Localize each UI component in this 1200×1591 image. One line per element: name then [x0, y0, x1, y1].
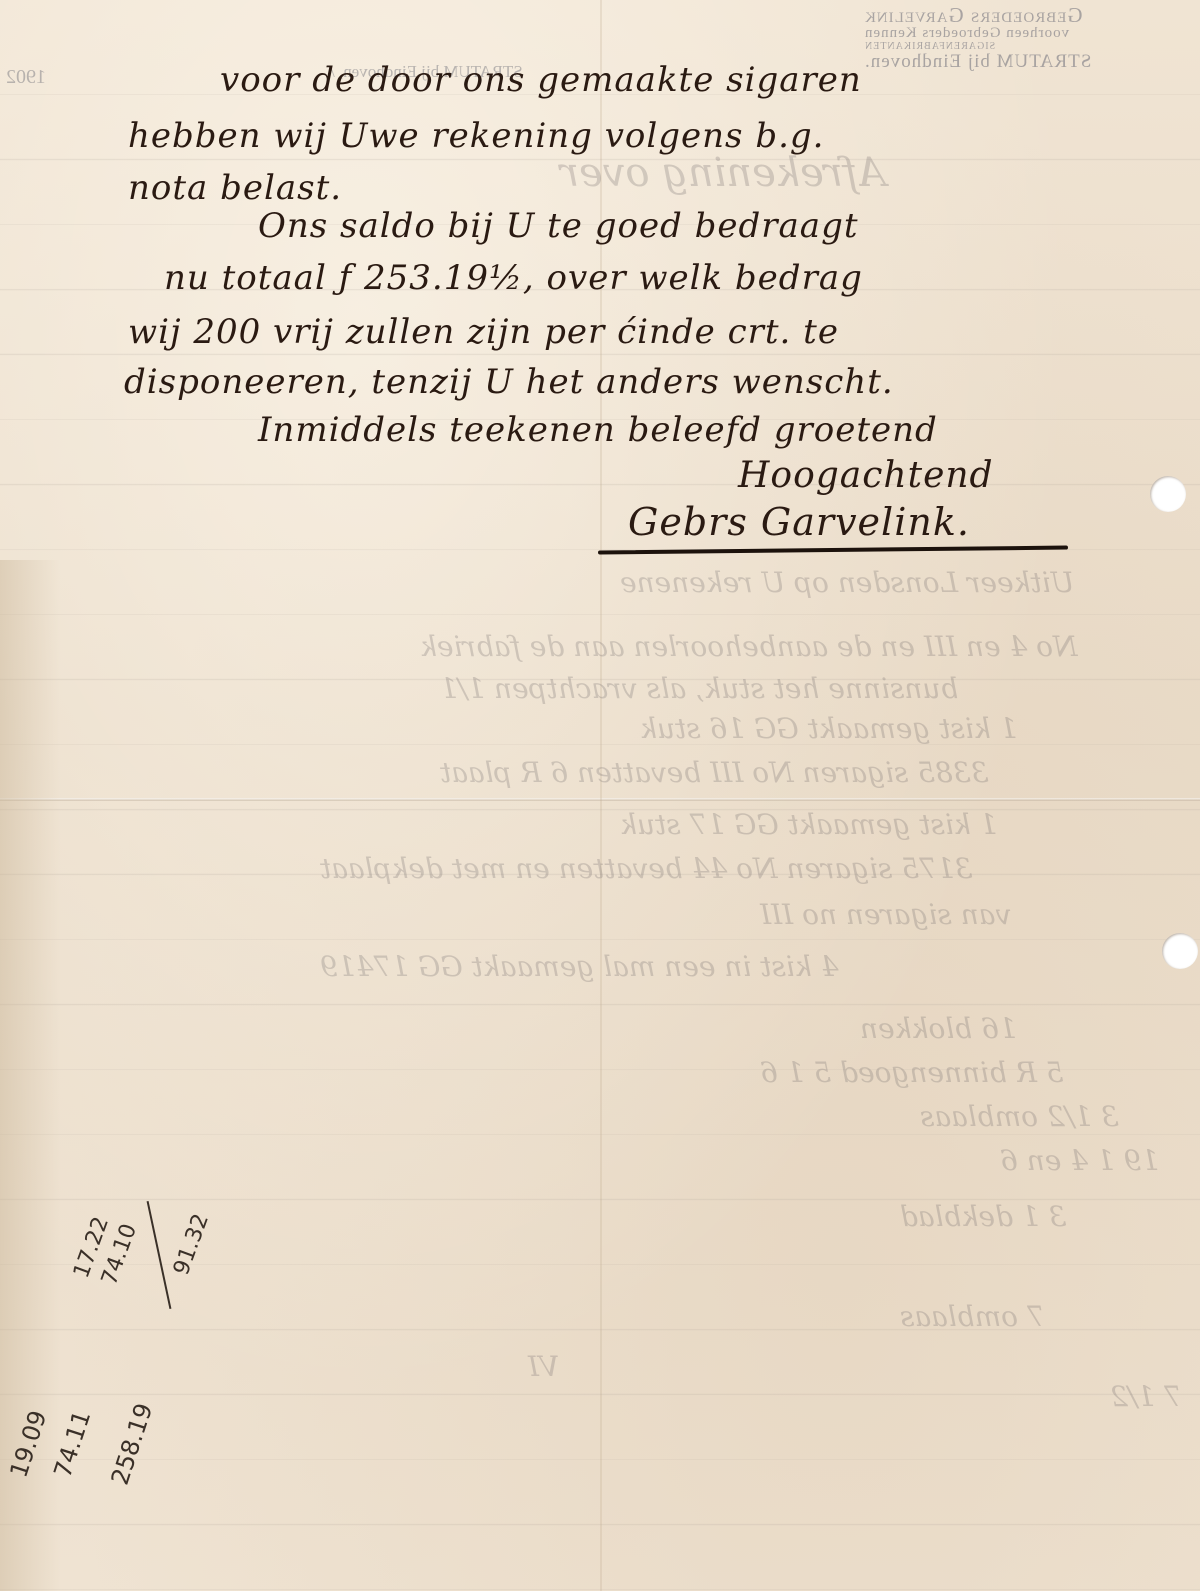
- letter-sheet: Gebroeders Garvelink voorheen Gebroeders…: [0, 0, 1200, 1591]
- letterhead-city: STRATUM bij Eindhoven.: [864, 52, 1194, 72]
- ghost-line: 3 1/2 omblaas: [920, 1100, 1119, 1133]
- ghost-line: 1 kist gemaakt GG 16 stuk: [640, 712, 1018, 745]
- closing: Hoogachtend: [738, 455, 994, 496]
- letter-line-1: voor de door ons gemaakte sigaren: [220, 60, 862, 100]
- ghost-line: No 4 en III en de aanbehoorlen aan de fa…: [420, 630, 1078, 663]
- letter-line-5: nu totaal ƒ 253.19½, over welk bedrag: [164, 258, 863, 298]
- punch-hole-bottom: [1162, 933, 1198, 969]
- ghost-line: 4 kist in een mal gemaakt GG 17419: [320, 950, 838, 983]
- ghost-line: VI: [528, 1350, 559, 1383]
- letter-line-3: nota belast.: [128, 168, 342, 208]
- ghost-line: van sigaren no III: [760, 898, 1011, 931]
- ghost-line: 3385 sigaren No III bevatten 6 R plaat: [440, 756, 989, 789]
- ghost-line: 3175 sigaren No 44 bevatten en met dekpl…: [320, 852, 973, 885]
- ghost-line: bunsinne het stuk, als vrachtpen 1/1: [440, 672, 958, 705]
- ghost-line: 3 1 dekblad: [900, 1200, 1066, 1233]
- letterhead-company: Gebroeders Garvelink: [864, 4, 1194, 26]
- ghost-line: 5 R binnengoed 5 1 6: [760, 1056, 1064, 1089]
- ghost-line: 19 1 4 en 6: [1000, 1144, 1159, 1177]
- ghost-line: 7 1/2: [1110, 1380, 1182, 1413]
- punch-hole-top: [1150, 476, 1186, 512]
- ghost-line: 7 omblaas: [900, 1300, 1045, 1333]
- letter-line-7: disponeeren, tenzij U het anders wenscht…: [124, 362, 894, 402]
- letterhead-formerly: voorheen Gebroeders Kennen: [864, 26, 1194, 42]
- letterhead-year: 1902: [6, 66, 46, 89]
- letter-line-6: wij 200 vrij zullen zijn per ćinde crt. …: [128, 312, 839, 352]
- ghost-line: 16 blokken: [860, 1012, 1017, 1045]
- letter-line-4: Ons saldo bij U te goed bedraagt: [258, 206, 859, 246]
- ghost-line: Uitkeer Lonsden op U rekenene: [620, 566, 1074, 599]
- letter-line-8: Inmiddels teekenen beleefd groetend: [258, 410, 938, 450]
- signature: Gebrs Garvelink.: [628, 500, 970, 544]
- ghost-line: 1 kist gemaakt GG 17 stuk: [620, 808, 998, 841]
- letter-line-2: hebben wij Uwe rekening volgens b.g.: [128, 116, 824, 156]
- letterhead-showthrough: Gebroeders Garvelink voorheen Gebroeders…: [864, 4, 1194, 72]
- ghost-line: Afrekening over: [560, 150, 886, 196]
